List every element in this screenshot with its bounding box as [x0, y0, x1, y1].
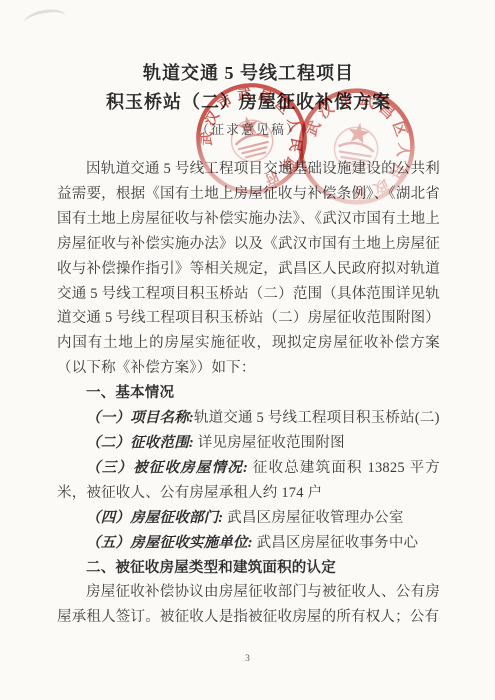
scanned-document-page: 轨道交通 5 号线工程项目 积玉桥站（二）房屋征收补偿方案 （征求意见稿） 因轨… — [0, 0, 495, 700]
item-2-text: 详见房屋征收范围附图 — [198, 435, 345, 451]
list-item: （三）被征收房屋情况: 征收总建筑面积 13825 平方米，被征收人、公有房屋承… — [57, 456, 440, 506]
paragraph-intro: 因轨道交通 5 号线工程项目交通基础设施建设的公共利益需要，根据《国有土地上房屋… — [57, 157, 440, 381]
document-body: 轨道交通 5 号线工程项目 积玉桥站（二）房屋征收补偿方案 （征求意见稿） 因轨… — [57, 60, 440, 630]
item-4-label: （四）房屋征收部门: — [86, 510, 223, 526]
section-2-heading: 二、被征收房屋类型和建筑面积的认定 — [57, 556, 440, 581]
list-item: （一）项目名称:轨道交通 5 号线工程项目积玉桥站(二) — [57, 406, 440, 431]
list-item: （四）房屋征收部门: 武昌区房屋征收管理办公室 — [57, 506, 440, 531]
document-title-line2: 积玉桥站（二）房屋征收补偿方案 — [57, 89, 440, 116]
section-1-heading: 一、基本情况 — [57, 381, 440, 406]
paragraph-agreement: 房屋征收补偿协议由房屋征收部门与被征收人、公有房屋承租人签订。被征收人是指被征收… — [57, 580, 440, 630]
page-number: 3 — [0, 654, 495, 664]
list-item: （五）房屋征收实施单位: 武昌区房屋征收事务中心 — [57, 531, 440, 556]
item-2-label: （二）征收范围: — [86, 435, 194, 451]
item-4-text: 武昌区房屋征收管理办公室 — [227, 510, 403, 526]
item-5-text: 武昌区房屋征收事务中心 — [257, 535, 419, 551]
item-3-label: （三）被征收房屋情况: — [86, 460, 248, 476]
document-title-line1: 轨道交通 5 号线工程项目 — [57, 60, 440, 87]
document-text: 因轨道交通 5 号线工程项目交通基础设施建设的公共利益需要，根据《国有土地上房屋… — [57, 157, 440, 630]
item-5-label: （五）房屋征收实施单位: — [86, 535, 253, 551]
document-subtitle-draft: （征求意见稿） — [57, 120, 440, 139]
item-1-label: （一）项目名称: — [86, 410, 194, 426]
scan-artifact-mark — [23, 6, 68, 32]
list-item: （二）征收范围: 详见房屋征收范围附图 — [57, 431, 440, 456]
item-1-text: 轨道交通 5 号线工程项目积玉桥站(二) — [194, 410, 440, 426]
